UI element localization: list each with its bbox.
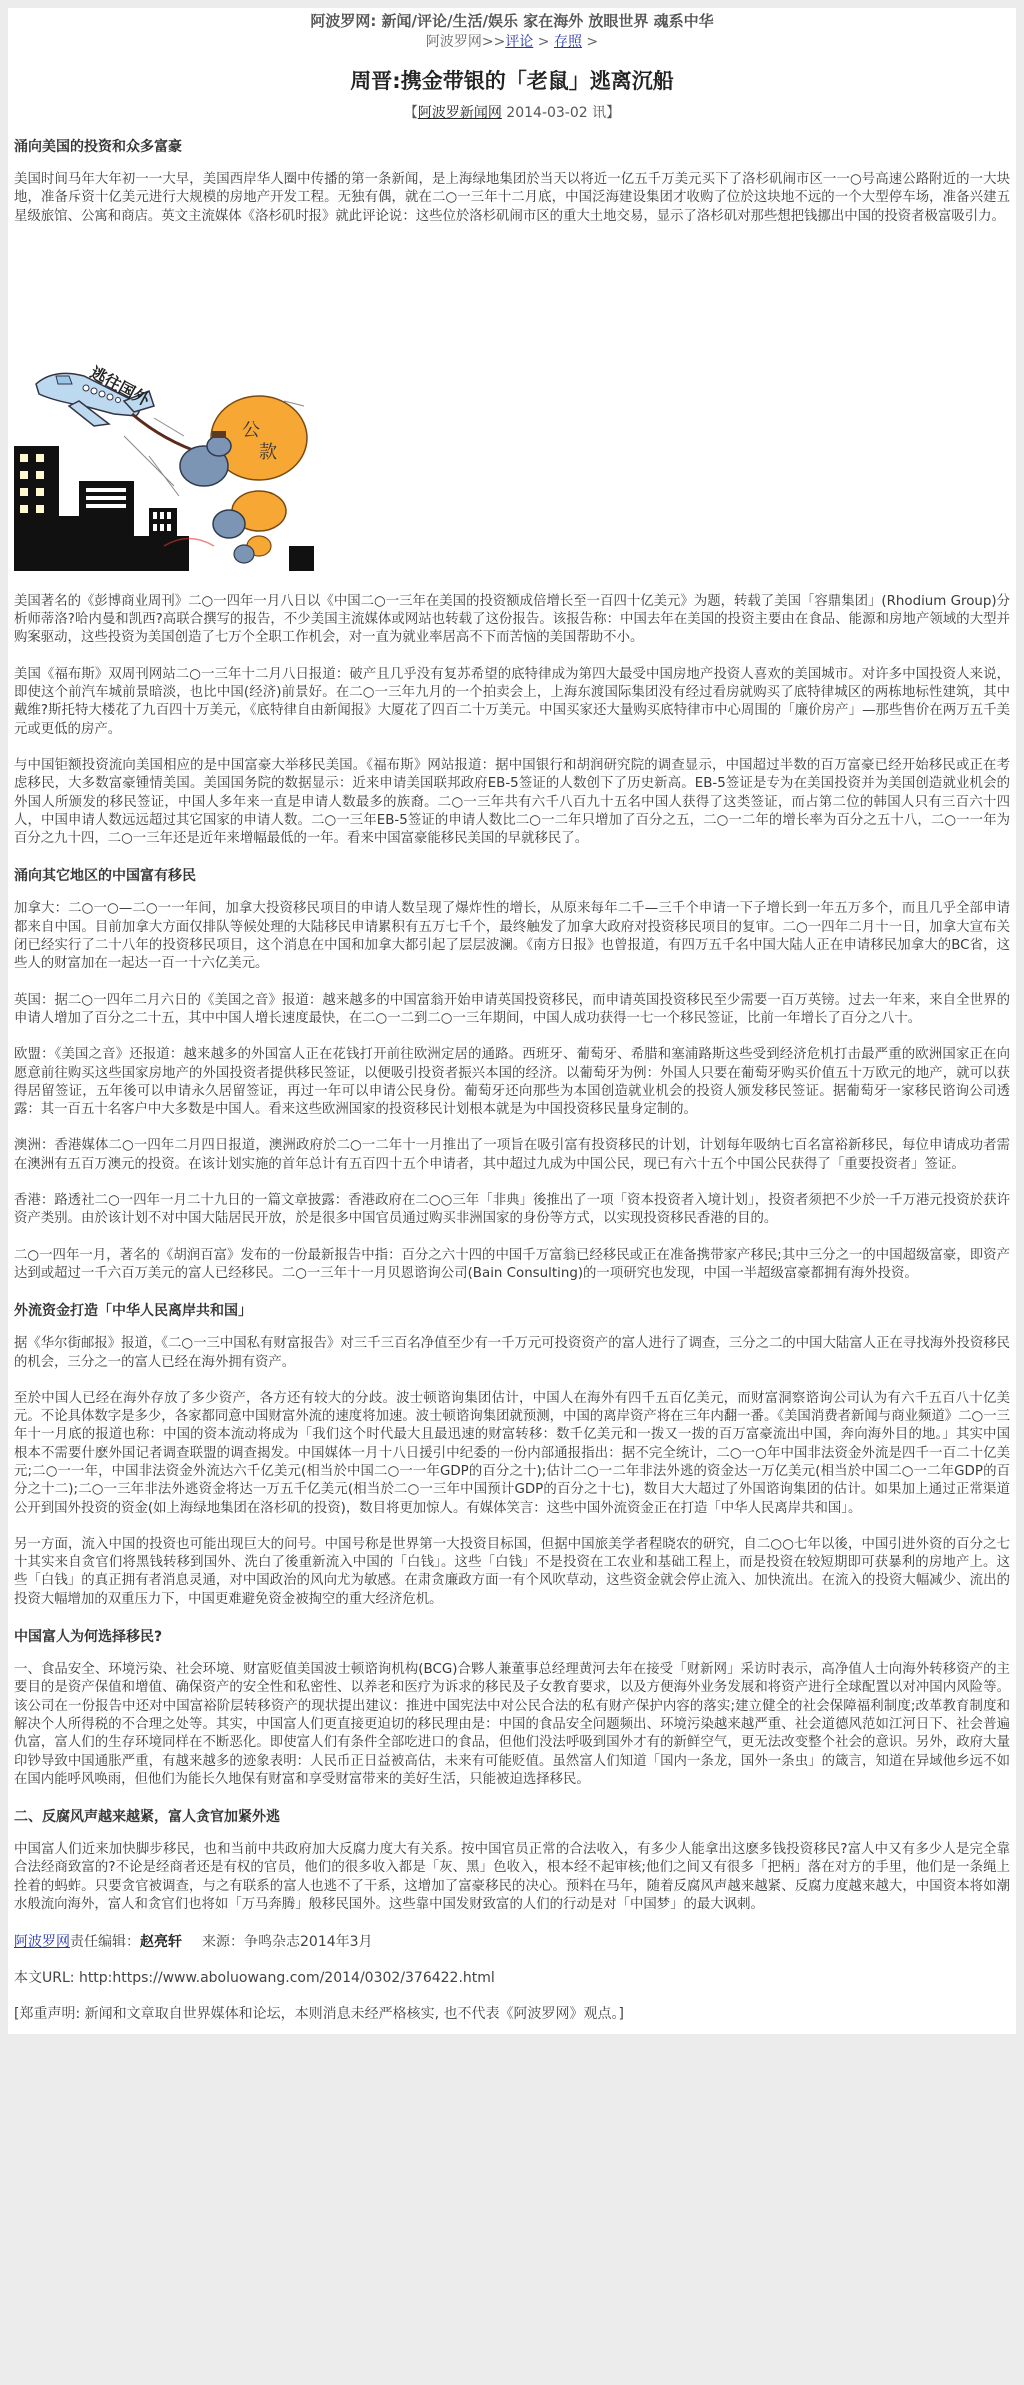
section-heading: 二、反腐风声越来越紧，富人贪官加紧外逃 — [14, 1807, 1010, 1827]
byline-date: 2014-03-02 讯】 — [502, 105, 620, 121]
article-paragraph: 二○一四年一月，著名的《胡润百富》发布的一份最新报告中指：百分之六十四的中国千万… — [14, 1247, 1010, 1284]
site-header: 阿波罗网: 新闻/评论/生活/娱乐 家在海外 放眼世界 魂系中华 — [14, 8, 1010, 31]
article-paragraph: 另一方面，流入中国的投资也可能出现巨大的问号。中国号称是世界第一大投资目标国，但… — [14, 1536, 1010, 1609]
article-paragraph: 香港：路透社二○一四年一月二十九日的一篇文章披露：香港政府在二○○三年「非典」後… — [14, 1192, 1010, 1229]
article-paragraph: 加拿大：二○一○—二○一一年间，加拿大投资移民项目的申请人数呈现了爆炸性的增长，… — [14, 900, 1010, 973]
article-paragraph: 中国富人们近来加快脚步移民，也和当前中共政府加大反腐力度大有关系。按中国官员正常… — [14, 1841, 1010, 1914]
breadcrumb-home: 阿波罗网>> — [426, 34, 505, 50]
spacer — [14, 244, 1010, 346]
article-paragraph: 与中国钜额投资流向美国相应的是中国富豪大举移民美国。《福布斯》网站报道：据中国银… — [14, 757, 1010, 848]
svg-text:款: 款 — [259, 442, 277, 463]
article-paragraph: 至於中国人已经在海外存放了多少资产，各方还有较大的分歧。波士顿谘询集团估计，中国… — [14, 1390, 1010, 1518]
breadcrumb-separator: > — [582, 34, 598, 50]
article-paragraph: 美国著名的《彭博商业周刊》二○一四年一月八日以《中国二○一三年在美国的投资额成倍… — [14, 593, 1010, 648]
byline-bracket: 【 — [404, 105, 418, 121]
footer-site-link[interactable]: 阿波罗网 — [14, 1934, 70, 1950]
article-paragraph: 英国：据二○一四年二月六日的《美国之音》报道：越来越多的中国富翁开始申请英国投资… — [14, 992, 1010, 1029]
section-heading: 中国富人为何选择移民? — [14, 1627, 1010, 1647]
breadcrumb-separator: > — [533, 34, 554, 50]
article-paragraph: 美国《福布斯》双周刊网站二○一三年十二月八日报道：破产且几乎没有复苏希望的底特律… — [14, 666, 1010, 739]
section-heading: 涌向其它地区的中国富有移民 — [14, 866, 1010, 886]
article-paragraph: 澳洲：香港媒体二○一四年二月四日报道，澳洲政府於二○一二年十一月推出了一项旨在吸… — [14, 1137, 1010, 1174]
article-title: 周晋:携金带银的「老鼠」逃离沉船 — [14, 67, 1010, 95]
page-container: 阿波罗网: 新闻/评论/生活/娱乐 家在海外 放眼世界 魂系中华 阿波罗网>>评… — [8, 8, 1016, 2034]
breadcrumb: 阿波罗网>>评论 > 存照 > — [14, 31, 1010, 53]
svg-text:公: 公 — [242, 420, 260, 441]
breadcrumb-link-commentary[interactable]: 评论 — [505, 34, 533, 50]
article-paragraph: 一、食品安全、环境污染、社会环境、财富贬值美国波士顿谘询机构(BCG)合夥人兼董… — [14, 1661, 1010, 1789]
section-heading: 涌向美国的投资和众多富豪 — [14, 137, 1010, 157]
section-heading: 外流资金打造「中华人民离岸共和国」 — [14, 1301, 1010, 1321]
editor-label: 责任编辑： — [70, 1934, 140, 1950]
article-paragraph: 欧盟：《美国之音》还报道：越来越多的外国富人正在花钱打开前往欧洲定居的通路。西班… — [14, 1046, 1010, 1119]
editor-credit: 阿波罗网责任编辑：赵亮轩来源：争鸣杂志2014年3月 — [14, 1932, 1010, 1952]
article-byline: 【阿波罗新闻网 2014-03-02 讯】 — [14, 103, 1010, 123]
article-illustration: 逃往国外 公 款 — [14, 346, 314, 571]
byline-source-link[interactable]: 阿波罗新闻网 — [418, 105, 502, 121]
article-paragraph: 美国时间马年大年初一一大早，美国西岸华人圈中传播的第一条新闻，是上海绿地集团於当… — [14, 171, 1010, 226]
article-source: 来源：争鸣杂志2014年3月 — [202, 1934, 373, 1950]
disclaimer: [郑重声明: 新闻和文章取自世界媒体和论坛，本则消息未经严格核实, 也不代表《阿… — [14, 2004, 1010, 2024]
breadcrumb-link-archive[interactable]: 存照 — [554, 34, 582, 50]
article-url: 本文URL: http:https://www.aboluowang.com/2… — [14, 1968, 1010, 1988]
cartoon-rats-fleeing-icon: 逃往国外 公 款 — [14, 346, 314, 571]
article-paragraph: 据《华尔街邮报》报道，《二○一三中国私有财富报告》对三千三百名净值至少有一千万元… — [14, 1335, 1010, 1372]
editor-name: 赵亮轩 — [140, 1934, 182, 1950]
